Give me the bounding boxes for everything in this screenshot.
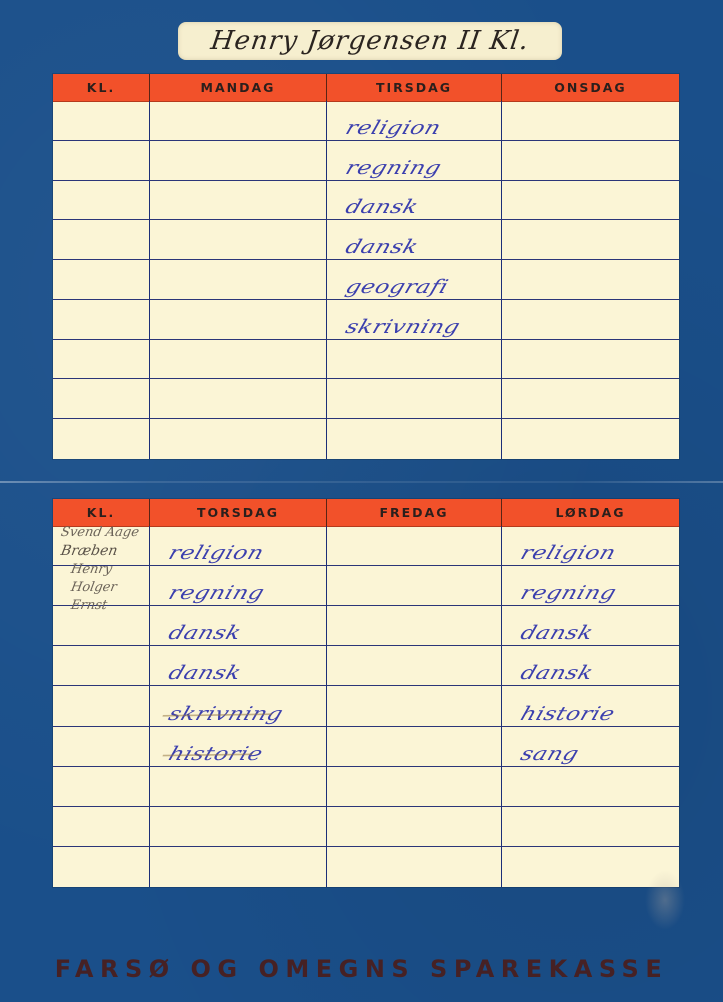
- schedule-cell: [150, 141, 327, 181]
- header-fredag: FREDAG: [327, 499, 502, 526]
- subject-entry: religion: [343, 119, 443, 138]
- pencil-note: Holger: [70, 581, 140, 594]
- schedule-cell: [327, 566, 502, 606]
- schedule-cell: religion: [150, 526, 327, 566]
- fold-crease: [0, 481, 723, 483]
- schedule-cell: religion: [502, 526, 679, 566]
- schedule-cell: [53, 807, 150, 847]
- schedule-cell: [327, 606, 502, 646]
- bank-name-footer: FARSØ OG OMEGNS SPAREKASSE: [0, 955, 723, 983]
- schedule-cell: [150, 419, 327, 459]
- schedule-cell: regning: [327, 141, 502, 181]
- schedule-cell: [150, 101, 327, 141]
- schedule-cell: [502, 379, 679, 419]
- schedule-cell: sang: [502, 727, 679, 767]
- header-lordag: LØRDAG: [502, 499, 679, 526]
- schedule-cell: historie: [502, 686, 679, 726]
- subject-entry: religion: [518, 544, 618, 563]
- schedule-cell: dansk: [327, 181, 502, 221]
- header-onsdag: ONSDAG: [502, 74, 679, 101]
- schedule-cell: [53, 646, 150, 686]
- schedule-cell: historie: [150, 727, 327, 767]
- schedule-cell: [502, 141, 679, 181]
- subject-entry: dansk: [518, 624, 596, 643]
- schedule-cell: [502, 807, 679, 847]
- schedule-cell: [327, 419, 502, 459]
- subject-entry: geografi: [343, 278, 451, 297]
- pencil-note: Svend Aage: [60, 526, 140, 539]
- schedule-cell: [53, 181, 150, 221]
- schedule-cell: [150, 379, 327, 419]
- schedule-cell: [53, 220, 150, 260]
- schedule-cell: [53, 300, 150, 340]
- subject-entry: dansk: [166, 624, 244, 643]
- schedule-cell: [53, 767, 150, 807]
- schedule-cell: skrivning: [150, 686, 327, 726]
- name-label: Henry Jørgensen II Kl.: [178, 22, 562, 60]
- subject-entry: skrivning: [343, 318, 462, 337]
- schedule-cell: [150, 220, 327, 260]
- schedule-cell: skrivning: [327, 300, 502, 340]
- subject-entry: skrivning: [166, 705, 285, 724]
- schedule-cell: [502, 340, 679, 380]
- subject-entry: dansk: [343, 198, 421, 217]
- pencil-notes: Svend Aage Bræben Henry Holger Ernst: [61, 526, 139, 612]
- schedule-cell: [150, 340, 327, 380]
- schedule-cell: [53, 141, 150, 181]
- schedule-cell: dansk: [502, 646, 679, 686]
- schedule-cell: [53, 847, 150, 887]
- header-torsdag: TORSDAG: [150, 499, 327, 526]
- schedule-grid: religionregningdanskdanskgeografiskrivni…: [53, 101, 679, 459]
- schedule-cell: dansk: [502, 606, 679, 646]
- schedule-cell: regning: [150, 566, 327, 606]
- subject-entry: regning: [343, 159, 444, 178]
- schedule-cell: [327, 340, 502, 380]
- subject-entry: regning: [166, 584, 267, 603]
- header-row: KL. MANDAG TIRSDAG ONSDAG: [53, 74, 679, 102]
- schedule-cell: [502, 419, 679, 459]
- schedule-cell: dansk: [150, 646, 327, 686]
- subject-entry: sang: [518, 745, 581, 764]
- schedule-cell: [327, 686, 502, 726]
- schedule-cell: [53, 686, 150, 726]
- schedule-cell: [327, 727, 502, 767]
- subject-entry: dansk: [166, 665, 244, 684]
- schedule-cell: [53, 260, 150, 300]
- student-name: Henry Jørgensen II Kl.: [209, 26, 531, 56]
- schedule-cell: [502, 767, 679, 807]
- schedule-cell: [327, 526, 502, 566]
- schedule-cell: [150, 300, 327, 340]
- subject-entry: dansk: [518, 665, 596, 684]
- schedule-cell: [53, 727, 150, 767]
- schedule-cell: [150, 767, 327, 807]
- schedule-card-bottom: KL. TORSDAG FREDAG LØRDAG religionreligi…: [53, 499, 679, 887]
- schedule-cell: [327, 646, 502, 686]
- schedule-cell: [502, 220, 679, 260]
- schedule-cell: [327, 807, 502, 847]
- schedule-cell: [150, 260, 327, 300]
- schedule-cell: religion: [327, 101, 502, 141]
- schedule-cell: [502, 847, 679, 887]
- schedule-cell: [150, 807, 327, 847]
- header-row: KL. TORSDAG FREDAG LØRDAG: [53, 499, 679, 527]
- pencil-note: Bræben: [60, 544, 140, 558]
- schedule-grid: religionreligionregningregningdanskdansk…: [53, 526, 679, 887]
- schedule-cell: [150, 181, 327, 221]
- schedule-cell: [53, 379, 150, 419]
- schedule-cell: [53, 101, 150, 141]
- schedule-cell: [53, 419, 150, 459]
- schedule-cell: [327, 847, 502, 887]
- schedule-cell: dansk: [327, 220, 502, 260]
- header-kl: KL.: [53, 499, 150, 526]
- schedule-cell: [150, 847, 327, 887]
- schedule-card-top: KL. MANDAG TIRSDAG ONSDAG religionregnin…: [53, 74, 679, 459]
- schedule-cell: [327, 767, 502, 807]
- schedule-cell: dansk: [150, 606, 327, 646]
- subject-entry: religion: [166, 544, 266, 563]
- subject-entry: regning: [518, 584, 619, 603]
- header-mandag: MANDAG: [150, 74, 327, 101]
- header-kl: KL.: [53, 74, 150, 101]
- schedule-cell: [502, 260, 679, 300]
- schedule-cell: [327, 379, 502, 419]
- schedule-cell: regning: [502, 566, 679, 606]
- pencil-note: Ernst: [70, 599, 140, 612]
- pencil-note: Henry: [70, 563, 140, 576]
- subject-entry: dansk: [343, 238, 421, 257]
- schedule-cell: [502, 300, 679, 340]
- subject-entry: historie: [518, 705, 617, 724]
- schedule-cell: geografi: [327, 260, 502, 300]
- schedule-cell: [502, 181, 679, 221]
- header-tirsdag: TIRSDAG: [327, 74, 502, 101]
- subject-entry: historie: [166, 745, 265, 764]
- schedule-cell: [502, 101, 679, 141]
- schedule-cell: [53, 340, 150, 380]
